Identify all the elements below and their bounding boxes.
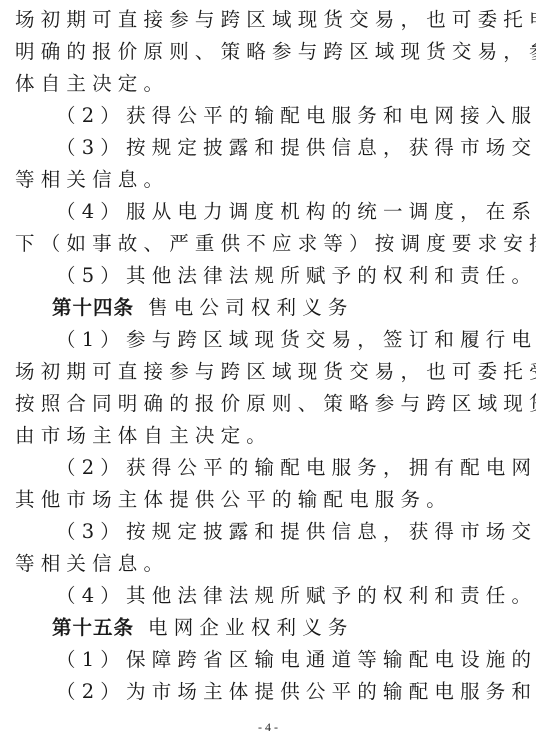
- document-page: 场初期可直接参与跨区域现货交易，也可委托电网公司按照合同 明确的报价原则、策略参…: [0, 0, 536, 745]
- paragraph-line: 等相关信息。: [15, 164, 169, 196]
- list-item: （4）其他法律法规所赋予的权利和责任。: [56, 580, 536, 612]
- list-item: （1）保障跨省区输电通道等输配电设施的安全稳定运行。: [56, 644, 536, 676]
- list-item: （2）获得公平的输配电服务和电网接入服务。: [56, 100, 536, 132]
- article-number: 第十四条: [52, 296, 134, 319]
- list-item: （1）参与跨区域现货交易，签订和履行电力交易合同。市: [56, 324, 536, 356]
- article-title: 电网企业权利义务: [148, 616, 354, 639]
- paragraph-line: 场初期可直接参与跨区域现货交易，也可委托电网公司按照合同: [15, 4, 536, 36]
- article-title: 售电公司权利义务: [148, 296, 354, 319]
- paragraph-line: 明确的报价原则、策略参与跨区域现货交易，参与形式由市场主: [15, 36, 536, 68]
- list-item: （5）其他法律法规所赋予的权利和责任。: [56, 260, 536, 292]
- paragraph-line: 等相关信息。: [15, 548, 169, 580]
- article-number: 第十五条: [52, 616, 134, 639]
- paragraph-line: 场初期可直接参与跨区域现货交易，也可委托受电地区电网公司: [15, 356, 536, 388]
- list-item: （2）为市场主体提供公平的输配电服务和电网接入服务，: [56, 676, 536, 708]
- list-item: （2）获得公平的输配电服务，拥有配电网的售电公司应向: [56, 452, 536, 484]
- paragraph-line: 体自主决定。: [15, 68, 169, 100]
- article-14-heading: 第十四条售电公司权利义务: [52, 292, 354, 324]
- paragraph-line: 由市场主体自主决定。: [15, 420, 272, 452]
- paragraph-line: 其他市场主体提供公平的输配电服务。: [15, 484, 452, 516]
- list-item: （3）按规定披露和提供信息，获得市场交易和输配电服务: [56, 516, 536, 548]
- article-15-heading: 第十五条电网企业权利义务: [52, 612, 354, 644]
- paragraph-line: 按照合同明确的报价原则、策略参与跨区域现货交易，参与形式: [15, 388, 536, 420]
- page-number: - 4 -: [0, 720, 536, 735]
- list-item: （3）按规定披露和提供信息，获得市场交易和输配电服务: [56, 132, 536, 164]
- paragraph-line: 下（如事故、严重供不应求等）按调度要求安排用电。: [15, 228, 536, 260]
- list-item: （4）服从电力调度机构的统一调度，在系统特殊运行状况: [56, 196, 536, 228]
